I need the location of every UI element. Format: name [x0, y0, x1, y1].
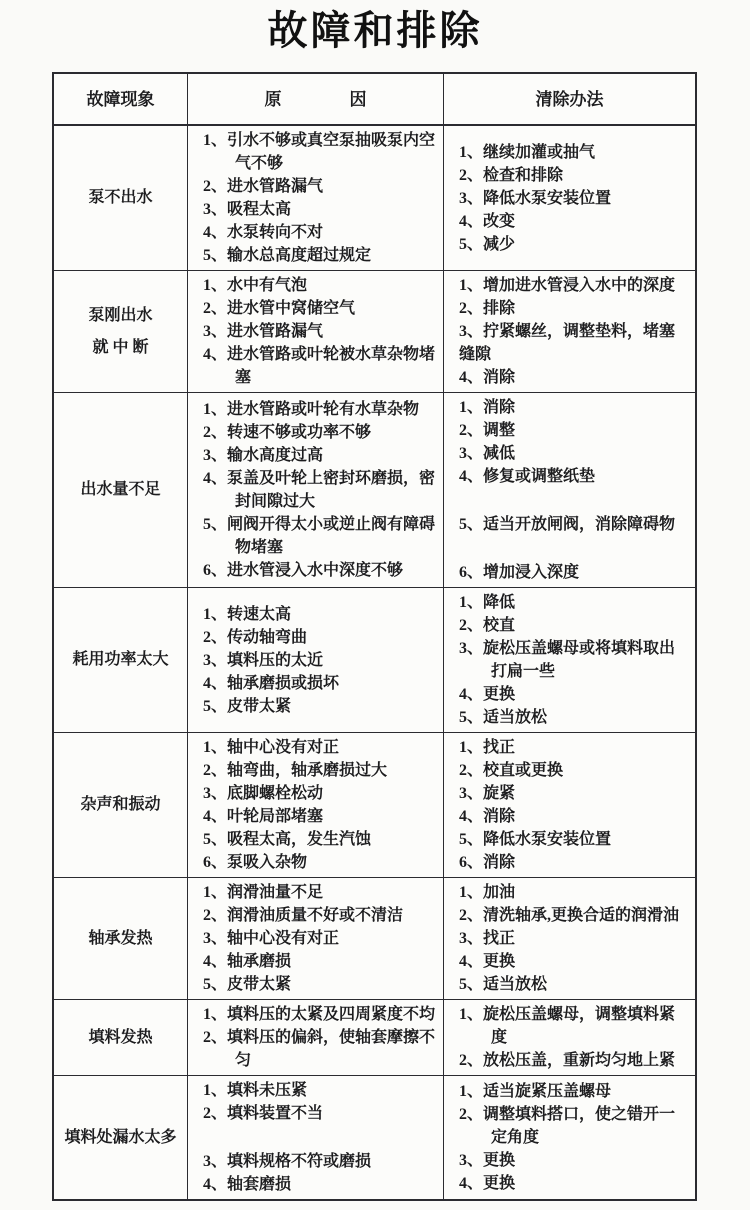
cause-item: 2、进水管中窝储空气	[203, 297, 438, 320]
fault-phenomenon: 杂声和振动	[80, 789, 160, 821]
cause-item: 4、泵盖及叶轮上密封环磨损，密封间隙过大	[203, 467, 438, 513]
table-header-row: 故障现象 原 因 清除办法	[54, 74, 695, 125]
table-row: 轴承发热1、润滑油量不足2、润滑油质量不好或不清洁3、轴中心没有对正4、轴承磨损…	[54, 877, 695, 999]
fault-phenomenon-cell: 出水量不足	[54, 393, 188, 587]
solution-item: 3、旋松压盖螺母或将填料取出打扁一些	[459, 637, 690, 683]
fault-phenomenon-cell: 填料发热	[54, 1000, 188, 1075]
table-row: 泵刚出水就 中 断1、水中有气泡2、进水管中窝储空气3、进水管路漏气4、进水管路…	[54, 270, 695, 392]
solution-item: 3、降低水泵安装位置	[459, 187, 690, 210]
cause-item: 3、输水高度过高	[203, 444, 438, 467]
solutions-cell: 1、消除2、调整3、减低4、修复或调整纸垫5、适当开放闸阀，消除障碍物6、增加浸…	[444, 393, 695, 587]
solution-item: 3、旋紧	[459, 782, 690, 805]
solution-item: 4、改变	[459, 210, 690, 233]
cause-item: 3、轴中心没有对正	[203, 927, 438, 950]
cause-item: 1、水中有气泡	[203, 274, 438, 297]
fault-phenomenon-cell: 泵刚出水就 中 断	[54, 271, 188, 392]
cause-item: 5、皮带太紧	[203, 973, 438, 996]
fault-phenomenon: 填料处漏水太多	[64, 1122, 176, 1154]
cause-item: 2、润滑油质量不好或不清洁	[203, 904, 438, 927]
cause-item: 3、吸程太高	[203, 198, 438, 221]
causes-cell: 1、填料未压紧2、填料装置不当3、填料规格不符或磨损4、轴套磨损	[188, 1076, 444, 1199]
solution-item: 4、更换	[459, 950, 690, 973]
header-solution: 清除办法	[444, 74, 695, 125]
cause-item: 1、进水管路或叶轮有水草杂物	[203, 398, 438, 421]
cause-item: 4、叶轮局部堵塞	[203, 805, 438, 828]
solution-item: 4、修复或调整纸垫	[459, 465, 690, 488]
cause-item: 2、转速不够或功率不够	[203, 421, 438, 444]
cause-item: 2、轴弯曲，轴承磨损过大	[203, 759, 438, 782]
cause-item: 4、水泵转向不对	[203, 221, 438, 244]
fault-phenomenon: 填料发热	[88, 1022, 152, 1054]
table-body: 泵不出水1、引水不够或真空泵抽吸泵内空气不够2、进水管路漏气3、吸程太高4、水泵…	[54, 125, 695, 1199]
solution-item: 3、减低	[459, 442, 690, 465]
solution-item: 3、找正	[459, 927, 690, 950]
cause-item: 5、皮带太紧	[203, 695, 438, 718]
table-row: 填料处漏水太多1、填料未压紧2、填料装置不当3、填料规格不符或磨损4、轴套磨损1…	[54, 1075, 695, 1199]
causes-cell: 1、填料压的太紧及四周紧度不均2、填料压的偏斜，使轴套摩擦不匀	[188, 1000, 444, 1075]
cause-item: 2、填料压的偏斜，使轴套摩擦不匀	[203, 1026, 438, 1072]
table-row: 耗用功率太大1、转速太高2、传动轴弯曲3、填料压的太近4、轴承磨损或损坏5、皮带…	[54, 587, 695, 732]
fault-phenomenon-cell: 填料处漏水太多	[54, 1076, 188, 1199]
solution-item: 1、降低	[459, 591, 690, 614]
cause-item: 3、填料压的太近	[203, 649, 438, 672]
solution-item: 5、减少	[459, 233, 690, 256]
solution-item: 1、找正	[459, 736, 690, 759]
solution-item: 1、加油	[459, 881, 690, 904]
solution-item: 1、增加进水管浸入水中的深度	[459, 274, 690, 297]
solution-item: 4、消除	[459, 366, 690, 389]
solution-item: 5、降低水泵安装位置	[459, 828, 690, 851]
cause-item: 1、转速太高	[203, 603, 438, 626]
solutions-cell: 1、增加进水管浸入水中的深度2、排除3、拧紧螺丝，调整垫料，堵塞缝隙4、消除	[444, 271, 695, 392]
fault-phenomenon-cell: 泵不出水	[54, 126, 188, 270]
cause-item: 1、引水不够或真空泵抽吸泵内空气不够	[203, 129, 438, 175]
solution-item: 4、更换	[459, 1172, 690, 1195]
causes-cell: 1、水中有气泡2、进水管中窝储空气3、进水管路漏气4、进水管路或叶轮被水草杂物堵…	[188, 271, 444, 392]
solution-item: 2、放松压盖，重新均匀地上紧	[459, 1049, 690, 1072]
solution-item: 2、排除	[459, 297, 690, 320]
fault-phenomenon-cell: 轴承发热	[54, 878, 188, 999]
solution-item: 1、继续加灌或抽气	[459, 141, 690, 164]
fault-phenomenon: 就 中 断	[92, 332, 148, 364]
cause-item: 2、填料装置不当	[203, 1102, 438, 1125]
solution-item: 2、检查和排除	[459, 164, 690, 187]
cause-item: 4、进水管路或叶轮被水草杂物堵塞	[203, 343, 438, 389]
cause-item: 1、轴中心没有对正	[203, 736, 438, 759]
cause-item: 3、填料规格不符或磨损	[203, 1150, 438, 1173]
solution-item: 1、旋松压盖螺母，调整填料紧度	[459, 1003, 690, 1049]
fault-phenomenon: 轴承发热	[88, 923, 152, 955]
solutions-cell: 1、适当旋紧压盖螺母2、调整填料搭口，使之错开一定角度3、更换4、更换	[444, 1076, 695, 1199]
document-page: 故障和排除 故障现象 原 因 清除办法 泵不出水1、引水不够或真空泵抽吸泵内空气…	[0, 8, 750, 1210]
cause-item: 1、填料压的太紧及四周紧度不均	[203, 1003, 438, 1026]
causes-cell: 1、润滑油量不足2、润滑油质量不好或不清洁3、轴中心没有对正4、轴承磨损5、皮带…	[188, 878, 444, 999]
cause-item: 5、输水总高度超过规定	[203, 244, 438, 267]
fault-phenomenon: 泵不出水	[88, 182, 152, 214]
causes-cell: 1、进水管路或叶轮有水草杂物2、转速不够或功率不够3、输水高度过高4、泵盖及叶轮…	[188, 393, 444, 587]
cause-item: 4、轴承磨损	[203, 950, 438, 973]
solutions-cell: 1、加油2、清洗轴承,更换合适的润滑油3、找正4、更换5、适当放松	[444, 878, 695, 999]
solution-item: 2、校直	[459, 614, 690, 637]
solution-item: 5、适当开放闸阀，消除障碍物	[459, 513, 690, 536]
causes-cell: 1、引水不够或真空泵抽吸泵内空气不够2、进水管路漏气3、吸程太高4、水泵转向不对…	[188, 126, 444, 270]
cause-item: 1、填料未压紧	[203, 1079, 438, 1102]
fault-phenomenon-cell: 杂声和振动	[54, 733, 188, 877]
cause-item: 6、进水管浸入水中深度不够	[203, 559, 438, 582]
header-phenomenon: 故障现象	[54, 74, 188, 125]
fault-table: 故障现象 原 因 清除办法 泵不出水1、引水不够或真空泵抽吸泵内空气不够2、进水…	[52, 72, 697, 1201]
cause-item: 5、闸阀开得太小或逆止阀有障碍物堵塞	[203, 513, 438, 559]
solution-item: 4、消除	[459, 805, 690, 828]
cause-item: 3、进水管路漏气	[203, 320, 438, 343]
cause-item: 4、轴承磨损或损坏	[203, 672, 438, 695]
table-row: 填料发热1、填料压的太紧及四周紧度不均2、填料压的偏斜，使轴套摩擦不匀1、旋松压…	[54, 999, 695, 1075]
solutions-cell: 1、旋松压盖螺母，调整填料紧度2、放松压盖，重新均匀地上紧	[444, 1000, 695, 1075]
solutions-cell: 1、继续加灌或抽气2、检查和排除3、降低水泵安装位置4、改变5、减少	[444, 126, 695, 270]
table-row: 出水量不足1、进水管路或叶轮有水草杂物2、转速不够或功率不够3、输水高度过高4、…	[54, 392, 695, 587]
solution-item: 3、更换	[459, 1149, 690, 1172]
solutions-cell: 1、降低2、校直3、旋松压盖螺母或将填料取出打扁一些4、更换5、适当放松	[444, 588, 695, 732]
solution-item: 1、消除	[459, 396, 690, 419]
solution-item: 5、适当放松	[459, 973, 690, 996]
cause-item: 4、轴套磨损	[203, 1173, 438, 1196]
table-row: 杂声和振动1、轴中心没有对正2、轴弯曲，轴承磨损过大3、底脚螺栓松动4、叶轮局部…	[54, 732, 695, 877]
cause-item: 3、底脚螺栓松动	[203, 782, 438, 805]
table-row: 泵不出水1、引水不够或真空泵抽吸泵内空气不够2、进水管路漏气3、吸程太高4、水泵…	[54, 125, 695, 270]
header-cause: 原 因	[188, 74, 444, 125]
page-title: 故障和排除	[0, 8, 750, 54]
solution-item: 2、清洗轴承,更换合适的润滑油	[459, 904, 690, 927]
solution-item: 2、校直或更换	[459, 759, 690, 782]
cause-item: 2、传动轴弯曲	[203, 626, 438, 649]
solution-item: 2、调整填料搭口，使之错开一定角度	[459, 1103, 690, 1149]
solution-item: 6、增加浸入深度	[459, 561, 690, 584]
solution-item: 6、消除	[459, 851, 690, 874]
cause-item: 1、润滑油量不足	[203, 881, 438, 904]
solution-item: 4、更换	[459, 683, 690, 706]
cause-item: 6、泵吸入杂物	[203, 851, 438, 874]
solutions-cell: 1、找正2、校直或更换3、旋紧4、消除5、降低水泵安装位置6、消除	[444, 733, 695, 877]
cause-item: 5、吸程太高，发生汽蚀	[203, 828, 438, 851]
fault-phenomenon: 耗用功率太大	[72, 644, 168, 676]
fault-phenomenon: 出水量不足	[80, 474, 160, 506]
causes-cell: 1、转速太高2、传动轴弯曲3、填料压的太近4、轴承磨损或损坏5、皮带太紧	[188, 588, 444, 732]
cause-item: 2、进水管路漏气	[203, 175, 438, 198]
solution-item: 3、拧紧螺丝，调整垫料，堵塞缝隙	[459, 320, 690, 366]
causes-cell: 1、轴中心没有对正2、轴弯曲，轴承磨损过大3、底脚螺栓松动4、叶轮局部堵塞5、吸…	[188, 733, 444, 877]
fault-phenomenon: 泵刚出水	[88, 300, 152, 332]
solution-item: 1、适当旋紧压盖螺母	[459, 1080, 690, 1103]
solution-item: 5、适当放松	[459, 706, 690, 729]
fault-phenomenon-cell: 耗用功率太大	[54, 588, 188, 732]
solution-item: 2、调整	[459, 419, 690, 442]
